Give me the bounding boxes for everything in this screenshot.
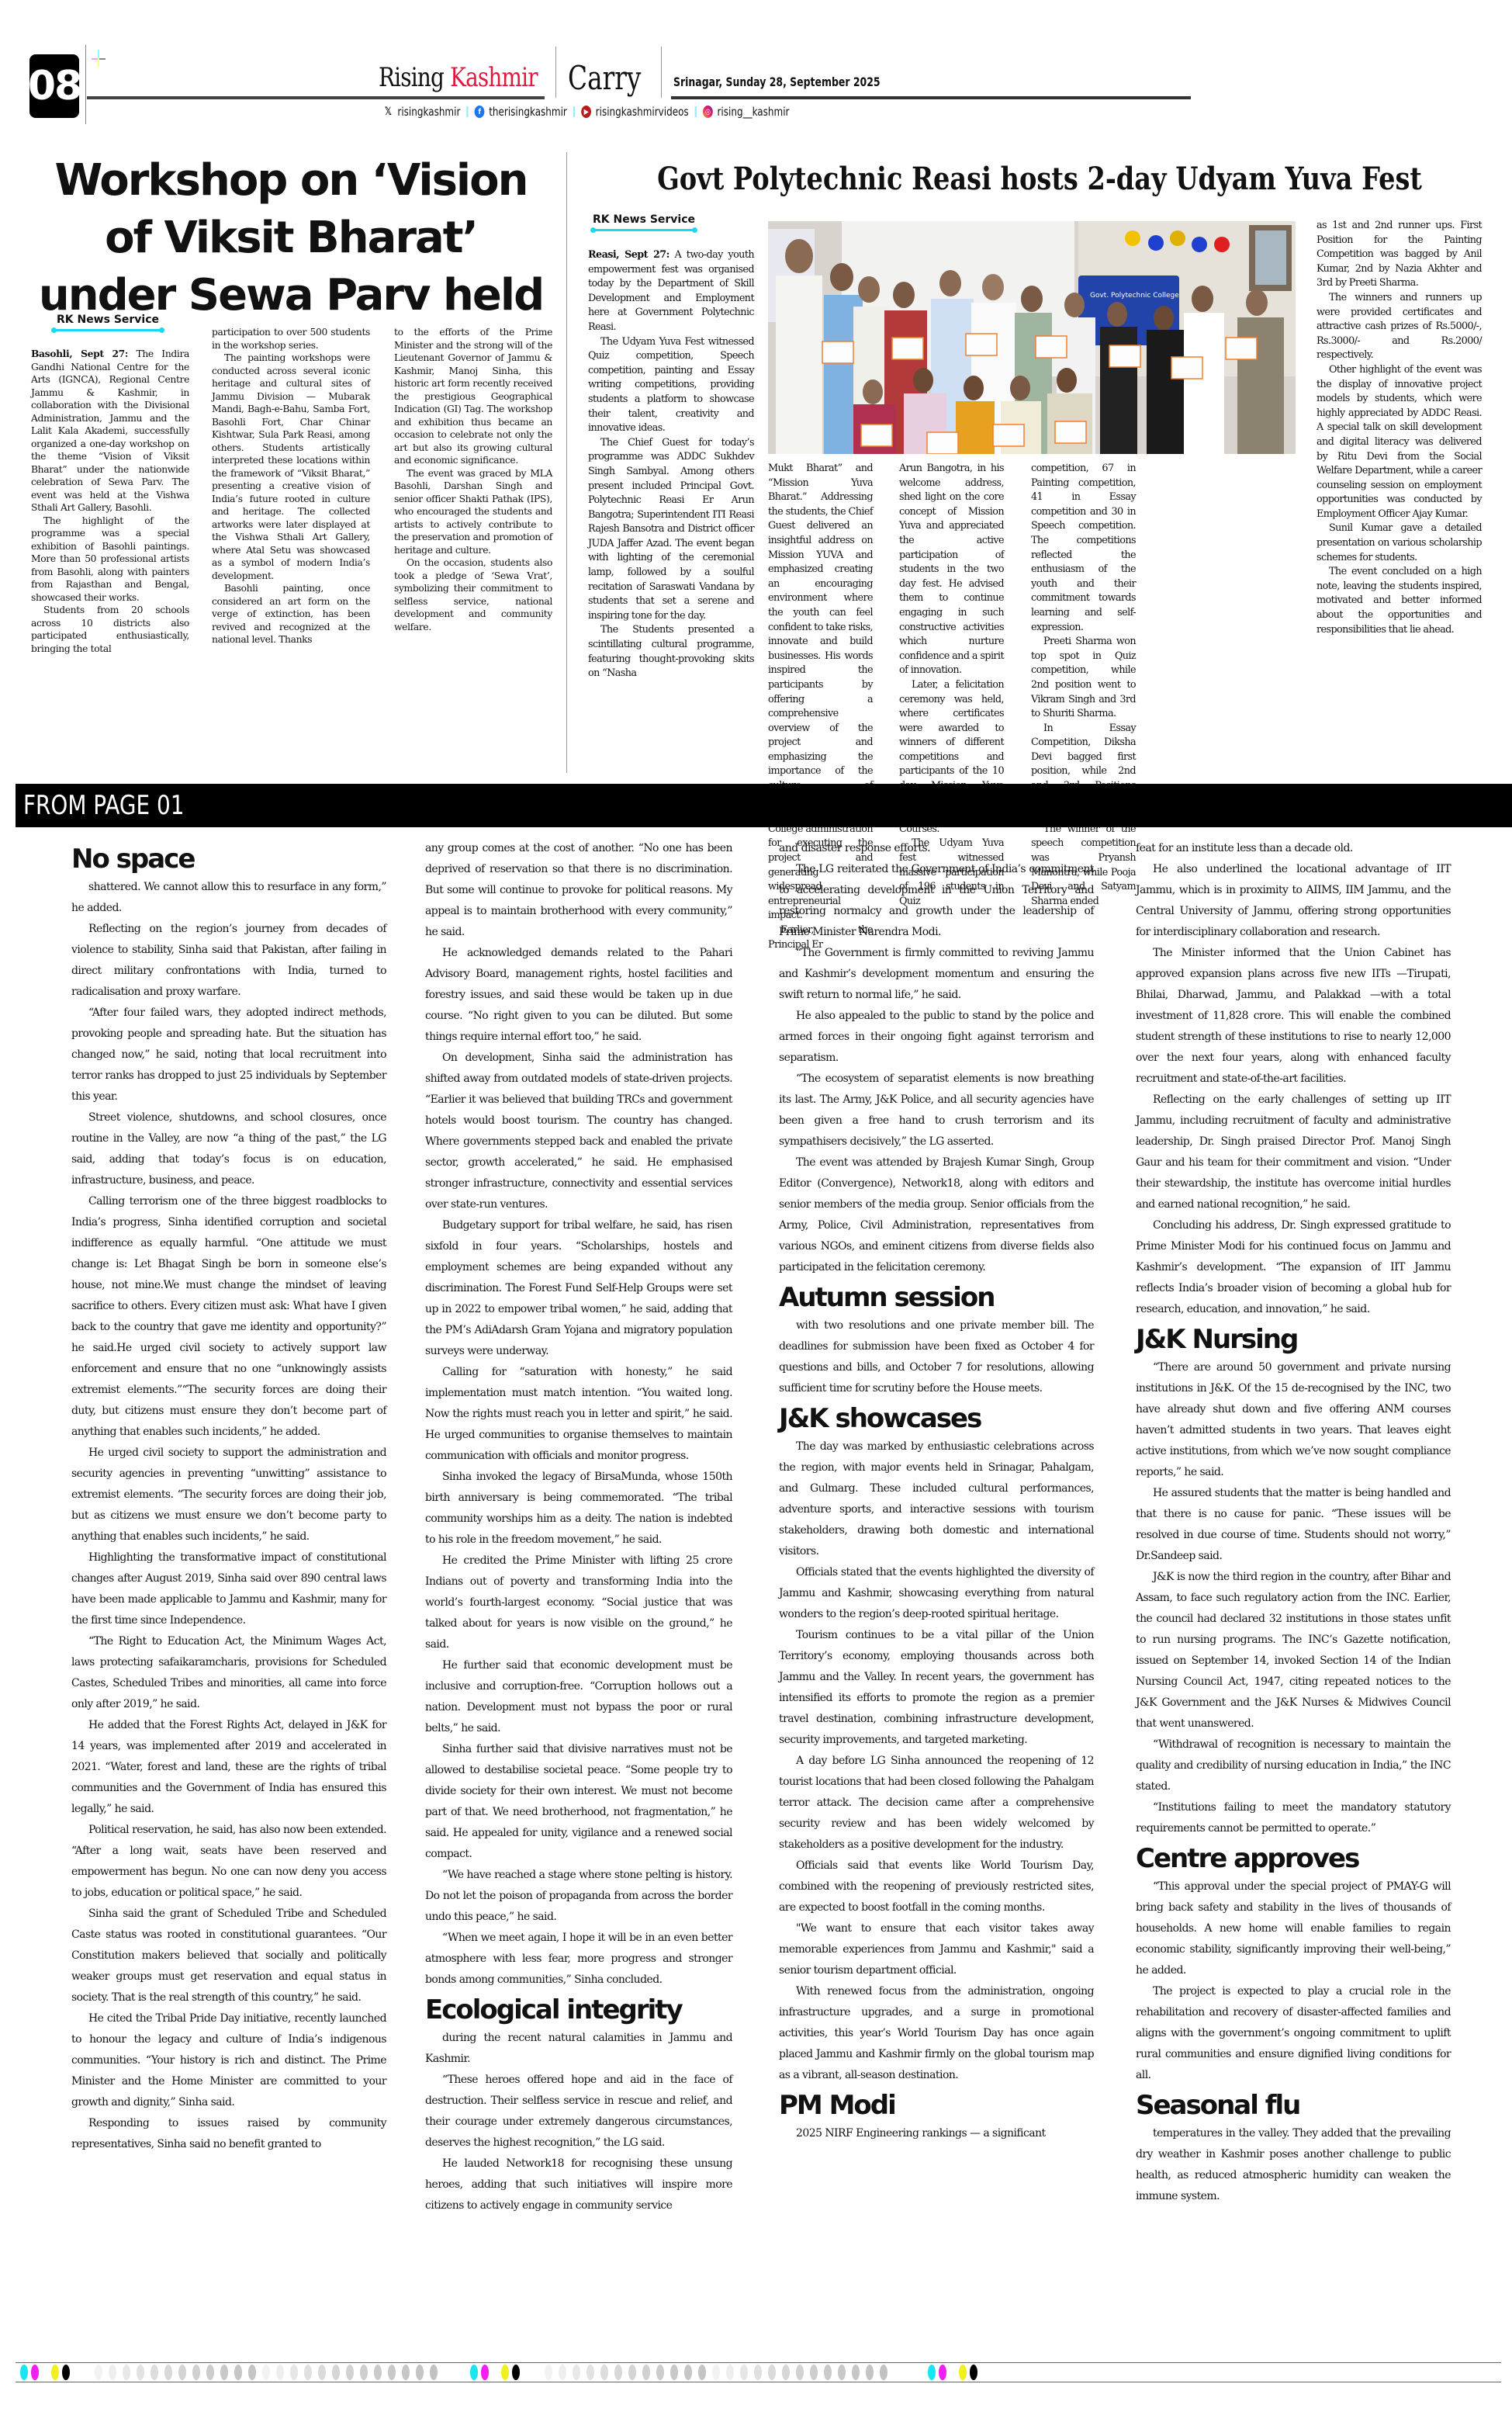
gray-swatch-icon: [628, 2365, 636, 2380]
gray-swatch-icon: [360, 2365, 368, 2380]
gray-swatch-icon: [670, 2365, 678, 2380]
gray-swatch-icon: [276, 2365, 284, 2380]
paragraph: A two-day youth empowerment fest was org…: [588, 249, 754, 333]
paragraph: shattered. We cannot allow this to resur…: [71, 877, 386, 919]
x-icon: 𝕏: [383, 106, 393, 118]
paragraph: He further said that economic developmen…: [425, 1655, 732, 1739]
article-column: participation to over 500 students in th…: [212, 326, 370, 646]
paragraph: “This approval under the special project…: [1136, 1876, 1451, 1981]
byline-rule: [53, 329, 163, 331]
gray-swatch-icon: [810, 2365, 818, 2380]
divider: [661, 47, 662, 98]
byline-block: RK News Service: [586, 213, 702, 231]
continuation-column: and disaster response efforts.The LG rei…: [779, 838, 1094, 2144]
gray-swatch-icon: [600, 2365, 608, 2380]
article-dateline: Basohli, Sept 27:: [31, 348, 128, 359]
gray-swatch-icon: [880, 2365, 887, 2380]
gray-swatch-icon: [304, 2365, 312, 2380]
paragraph: feat for an institute less than a decade…: [1136, 838, 1451, 859]
gray-swatch-icon: [346, 2365, 354, 2380]
gray-swatch-icon: [754, 2365, 762, 2380]
paragraph: and disaster response efforts.: [779, 838, 1094, 859]
section-name: Carry: [568, 59, 641, 97]
gray-swatch-icon: [684, 2365, 692, 2380]
paragraph: Political reservation, he said, has also…: [71, 1820, 386, 1904]
gray-swatch-icon: [740, 2365, 748, 2380]
paragraph: Budgetary support for tribal welfare, he…: [425, 1215, 732, 1362]
headline-udyam-yuva-fest: Govt Polytechnic Reasi hosts 2-day Udyam…: [649, 158, 1431, 200]
paragraph: during the recent natural calamities in …: [425, 2028, 732, 2070]
continuation-heading: Ecological integrity: [425, 1992, 732, 2028]
gray-swatches: [93, 2365, 439, 2380]
paragraph: A day before LG Sinha announced the reop…: [779, 1751, 1094, 1856]
byline-block: RK News Service: [50, 314, 166, 331]
social-handle-x[interactable]: risingkashmir: [397, 105, 460, 119]
social-handles: 𝕏 risingkashmir f therisingkashmir ▶ ris…: [383, 105, 789, 119]
byline: RK News Service: [586, 213, 702, 226]
gray-swatch-icon: [614, 2365, 622, 2380]
masthead-rising: Rising: [379, 62, 444, 93]
magenta-swatch-icon: [939, 2365, 946, 2380]
paragraph: as 1st and 2nd runner ups. First Positio…: [1317, 219, 1482, 291]
gray-swatch-icon: [388, 2365, 396, 2380]
gray-swatch-icon: [796, 2365, 804, 2380]
column-divider: [566, 152, 567, 773]
paragraph: He added that the Forest Rights Act, del…: [71, 1715, 386, 1820]
masthead: Rising Kashmir: [379, 62, 538, 93]
article-column: Basohli, Sept 27: The Indira Gandhi Nati…: [31, 348, 189, 655]
divider: [85, 45, 86, 124]
continuation-heading: PM Modi: [779, 2088, 1094, 2123]
paragraph: Sinha invoked the legacy of BirsaMunda, …: [425, 1467, 732, 1551]
paragraph: The winners and runners up were provided…: [1317, 291, 1482, 363]
continuation-column: No spaceshattered. We cannot allow this …: [71, 840, 386, 2155]
paragraph: The event was attended by Brajesh Kumar …: [779, 1152, 1094, 1278]
paragraph: Reflecting on the early challenges of se…: [1136, 1090, 1451, 1215]
continuation-heading: No space: [71, 841, 386, 877]
gray-swatch-icon: [824, 2365, 832, 2380]
paragraph: Arun Bangotra, in his welcome address, s…: [899, 462, 1004, 678]
gray-swatch-icon: [109, 2365, 116, 2380]
cyan-swatch-icon: [928, 2365, 936, 2380]
paragraph: On development, Sinha said the administr…: [425, 1048, 732, 1215]
headline-workshop: Workshop on ‘Vision of Viksit Bharat’ un…: [31, 152, 551, 324]
screen-caption: Govt. Polytechnic College: [1090, 292, 1179, 300]
paragraph: Highlighting the transformative impact o…: [71, 1547, 386, 1631]
paragraph: “Institutions failing to meet the mandat…: [1136, 1797, 1451, 1839]
article-column: Reasi, Sept 27: A two-day youth empowerm…: [588, 248, 754, 681]
paragraph: With renewed focus from the administrati…: [779, 1981, 1094, 2086]
byline: RK News Service: [50, 314, 166, 326]
paragraph: He credited the Prime Minister with lift…: [425, 1551, 732, 1655]
paragraph: Reflecting on the region’s journey from …: [71, 919, 386, 1003]
paragraph: “There are around 50 government and priv…: [1136, 1357, 1451, 1483]
article-column: to the efforts of the Prime Minister and…: [394, 326, 552, 633]
yellow-swatch-icon: [959, 2365, 967, 2380]
paragraph: temperatures in the valley. They added t…: [1136, 2123, 1451, 2207]
gray-swatch-icon: [290, 2365, 298, 2380]
paragraph: He lauded Network18 for recognising thes…: [425, 2154, 732, 2216]
paragraph: Sinha further said that divisive narrati…: [425, 1739, 732, 1865]
paragraph: "We want to ensure that each visitor tak…: [779, 1918, 1094, 1981]
paragraph: “These heroes offered hope and aid in th…: [425, 2070, 732, 2154]
divider: [555, 47, 556, 98]
article-column: as 1st and 2nd runner ups. First Positio…: [1317, 219, 1482, 637]
paragraph: competition, 67 in Painting competition,…: [1031, 462, 1136, 635]
divider: [573, 106, 575, 117]
paragraph: “The Government is firmly committed to r…: [779, 943, 1094, 1006]
continuation-heading: J&K Nursing: [1136, 1322, 1451, 1357]
gray-swatch-icon: [573, 2365, 580, 2380]
divider: [695, 106, 697, 117]
paragraph: The project is expected to play a crucia…: [1136, 1981, 1451, 2086]
article-dateline: Reasi, Sept 27:: [588, 249, 670, 261]
gray-swatch-icon: [430, 2365, 438, 2380]
paragraph: “Withdrawal of recognition is necessary …: [1136, 1734, 1451, 1797]
paragraph: The highlight of the programme was a spe…: [31, 515, 189, 605]
gray-swatch-icon: [220, 2365, 228, 2380]
gray-swatch-icon: [559, 2365, 566, 2380]
continuation-column: any group comes at the cost of another. …: [425, 838, 732, 2216]
paragraph: Responding to issues raised by community…: [71, 2113, 386, 2155]
gray-swatch-icon: [586, 2365, 594, 2380]
gray-swatch-icon: [782, 2365, 790, 2380]
paragraph: He also appealed to the public to stand …: [779, 1006, 1094, 1069]
paragraph: participation to over 500 students in th…: [212, 326, 370, 352]
paragraph: “The Right to Education Act, the Minimum…: [71, 1631, 386, 1715]
paragraph: Concluding his address, Dr. Singh expres…: [1136, 1215, 1451, 1320]
event-group-photo: Govt. Polytechnic College: [768, 221, 1296, 454]
gray-swatch-icon: [151, 2365, 158, 2380]
gray-swatch-icon: [712, 2365, 720, 2380]
continuation-column: feat for an institute less than a decade…: [1136, 838, 1451, 2207]
paragraph: The painting workshops were conducted ac…: [212, 352, 370, 582]
gray-swatch-icon: [318, 2365, 326, 2380]
social-handle-facebook[interactable]: therisingkashmir: [489, 105, 567, 119]
paragraph: “When we meet again, I hope it will be i…: [425, 1928, 732, 1991]
paragraph: J&K is now the third region in the count…: [1136, 1567, 1451, 1734]
gray-swatch-icon: [262, 2365, 270, 2380]
paragraph: He also underlined the locational advant…: [1136, 859, 1451, 943]
gray-swatch-icon: [726, 2365, 734, 2380]
gray-swatches: [543, 2365, 889, 2380]
paragraph: 2025 NIRF Engineering rankings — a signi…: [779, 2123, 1094, 2144]
gray-swatch-icon: [164, 2365, 172, 2380]
paragraph: “After four failed wars, they adopted in…: [71, 1003, 386, 1107]
paragraph: Sunil Kumar gave a detailed presentation…: [1317, 521, 1482, 565]
social-handle-instagram[interactable]: rising__kashmir: [717, 105, 789, 119]
paragraph: The event concluded on a high note, leav…: [1317, 565, 1482, 637]
paragraph: to the efforts of the Prime Minister and…: [394, 326, 552, 467]
paragraph: with two resolutions and one private mem…: [779, 1315, 1094, 1399]
paragraph: Sinha said the grant of Scheduled Tribe …: [71, 1904, 386, 2008]
paragraph: The Minister informed that the Union Cab…: [1136, 943, 1451, 1090]
paragraph: He acknowledged demands related to the P…: [425, 943, 732, 1048]
paragraph: Officials stated that the events highlig…: [779, 1562, 1094, 1625]
youtube-icon: ▶: [581, 106, 591, 118]
paragraph: The LG reiterated the Government of Indi…: [779, 859, 1094, 943]
paragraph: Calling terrorism one of the three bigge…: [71, 1191, 386, 1443]
paragraph: The Udyam Yuva Fest witnessed Quiz compe…: [588, 335, 754, 436]
paragraph: He assured students that the matter is b…: [1136, 1483, 1451, 1567]
black-swatch-icon: [970, 2365, 977, 2380]
paragraph: Students from 20 schools across 10 distr…: [31, 604, 189, 655]
continuation-heading: Centre approves: [1136, 1841, 1451, 1876]
gray-swatch-icon: [545, 2365, 552, 2380]
divider: [87, 96, 545, 99]
gray-swatch-icon: [95, 2365, 102, 2380]
paragraph: He cited the Tribal Pride Day initiative…: [71, 2008, 386, 2113]
yellow-swatch-icon: [51, 2365, 59, 2380]
paragraph: The event was graced by MLA Basohli, Dar…: [394, 467, 552, 557]
gray-swatch-icon: [698, 2365, 706, 2380]
paragraph: any group comes at the cost of another. …: [425, 838, 732, 943]
continuation-heading: Seasonal flu: [1136, 2088, 1451, 2123]
paragraph: Other highlight of the event was the dis…: [1317, 363, 1482, 522]
cyan-swatch-icon: [470, 2365, 478, 2380]
cyan-swatch-icon: [20, 2365, 28, 2380]
divider: [466, 106, 468, 117]
divider: [671, 96, 1191, 99]
gray-swatch-icon: [137, 2365, 144, 2380]
group-photo-illustration: Govt. Polytechnic College: [768, 221, 1296, 454]
gray-swatch-icon: [234, 2365, 242, 2380]
paragraph: “The ecosystem of separatist elements is…: [779, 1069, 1094, 1152]
gray-swatch-icon: [642, 2365, 650, 2380]
gray-swatch-icon: [838, 2365, 846, 2380]
issue-dateline: Srinagar, Sunday 28, September 2025: [673, 74, 881, 89]
yellow-swatch-icon: [501, 2365, 509, 2380]
page-number-badge: 08: [29, 54, 79, 118]
paragraph: Calling for “saturation with honesty,” h…: [425, 1362, 732, 1467]
banner-title: FROM PAGE 01: [23, 784, 184, 827]
gray-swatch-icon: [768, 2365, 776, 2380]
paragraph: “We have reached a stage where stone pel…: [425, 1865, 732, 1928]
continuation-heading: J&K showcases: [779, 1401, 1094, 1436]
magenta-swatch-icon: [31, 2365, 39, 2380]
paragraph: The Indira Gandhi National Centre for th…: [31, 348, 189, 513]
gray-swatch-icon: [123, 2365, 130, 2380]
gray-swatch-icon: [206, 2365, 214, 2380]
byline-rule: [592, 229, 696, 231]
paragraph: The Chief Guest for today’s programme wa…: [588, 436, 754, 624]
paragraph: He urged civil society to support the ad…: [71, 1443, 386, 1547]
gray-swatch-icon: [416, 2365, 424, 2380]
paragraph: Preeti Sharma won top spot in Quiz compe…: [1031, 635, 1136, 722]
instagram-icon: ◎: [703, 106, 713, 118]
gray-swatch-icon: [656, 2365, 664, 2380]
paragraph: The day was marked by enthusiastic celeb…: [779, 1436, 1094, 1562]
paragraph: On the occasion, students also took a pl…: [394, 556, 552, 633]
magenta-swatch-icon: [481, 2365, 489, 2380]
masthead-kashmir: Kashmir: [450, 62, 538, 93]
social-handle-youtube[interactable]: risingkashmirvideos: [596, 105, 689, 119]
gray-swatch-icon: [866, 2365, 874, 2380]
gray-swatch-icon: [178, 2365, 186, 2380]
paragraph: The Students presented a scintillating c…: [588, 623, 754, 681]
gray-swatch-icon: [402, 2365, 410, 2380]
registration-mark-icon: [92, 50, 106, 67]
from-page-banner: FROM PAGE 01: [16, 784, 1512, 827]
paragraph: Basohli painting, once considered an art…: [212, 582, 370, 646]
continuation-heading: Autumn session: [779, 1280, 1094, 1315]
gray-swatch-icon: [852, 2365, 860, 2380]
black-swatch-icon: [62, 2365, 70, 2380]
paragraph: Street violence, shutdowns, and school c…: [71, 1107, 386, 1191]
paragraph: Officials said that events like World To…: [779, 1856, 1094, 1918]
facebook-icon: f: [475, 106, 485, 118]
black-swatch-icon: [512, 2365, 520, 2380]
paragraph: Tourism continues to be a vital pillar o…: [779, 1625, 1094, 1751]
print-color-bar: [16, 2362, 1501, 2382]
gray-swatch-icon: [248, 2365, 256, 2380]
gray-swatch-icon: [192, 2365, 200, 2380]
gray-swatch-icon: [332, 2365, 340, 2380]
gray-swatch-icon: [374, 2365, 382, 2380]
